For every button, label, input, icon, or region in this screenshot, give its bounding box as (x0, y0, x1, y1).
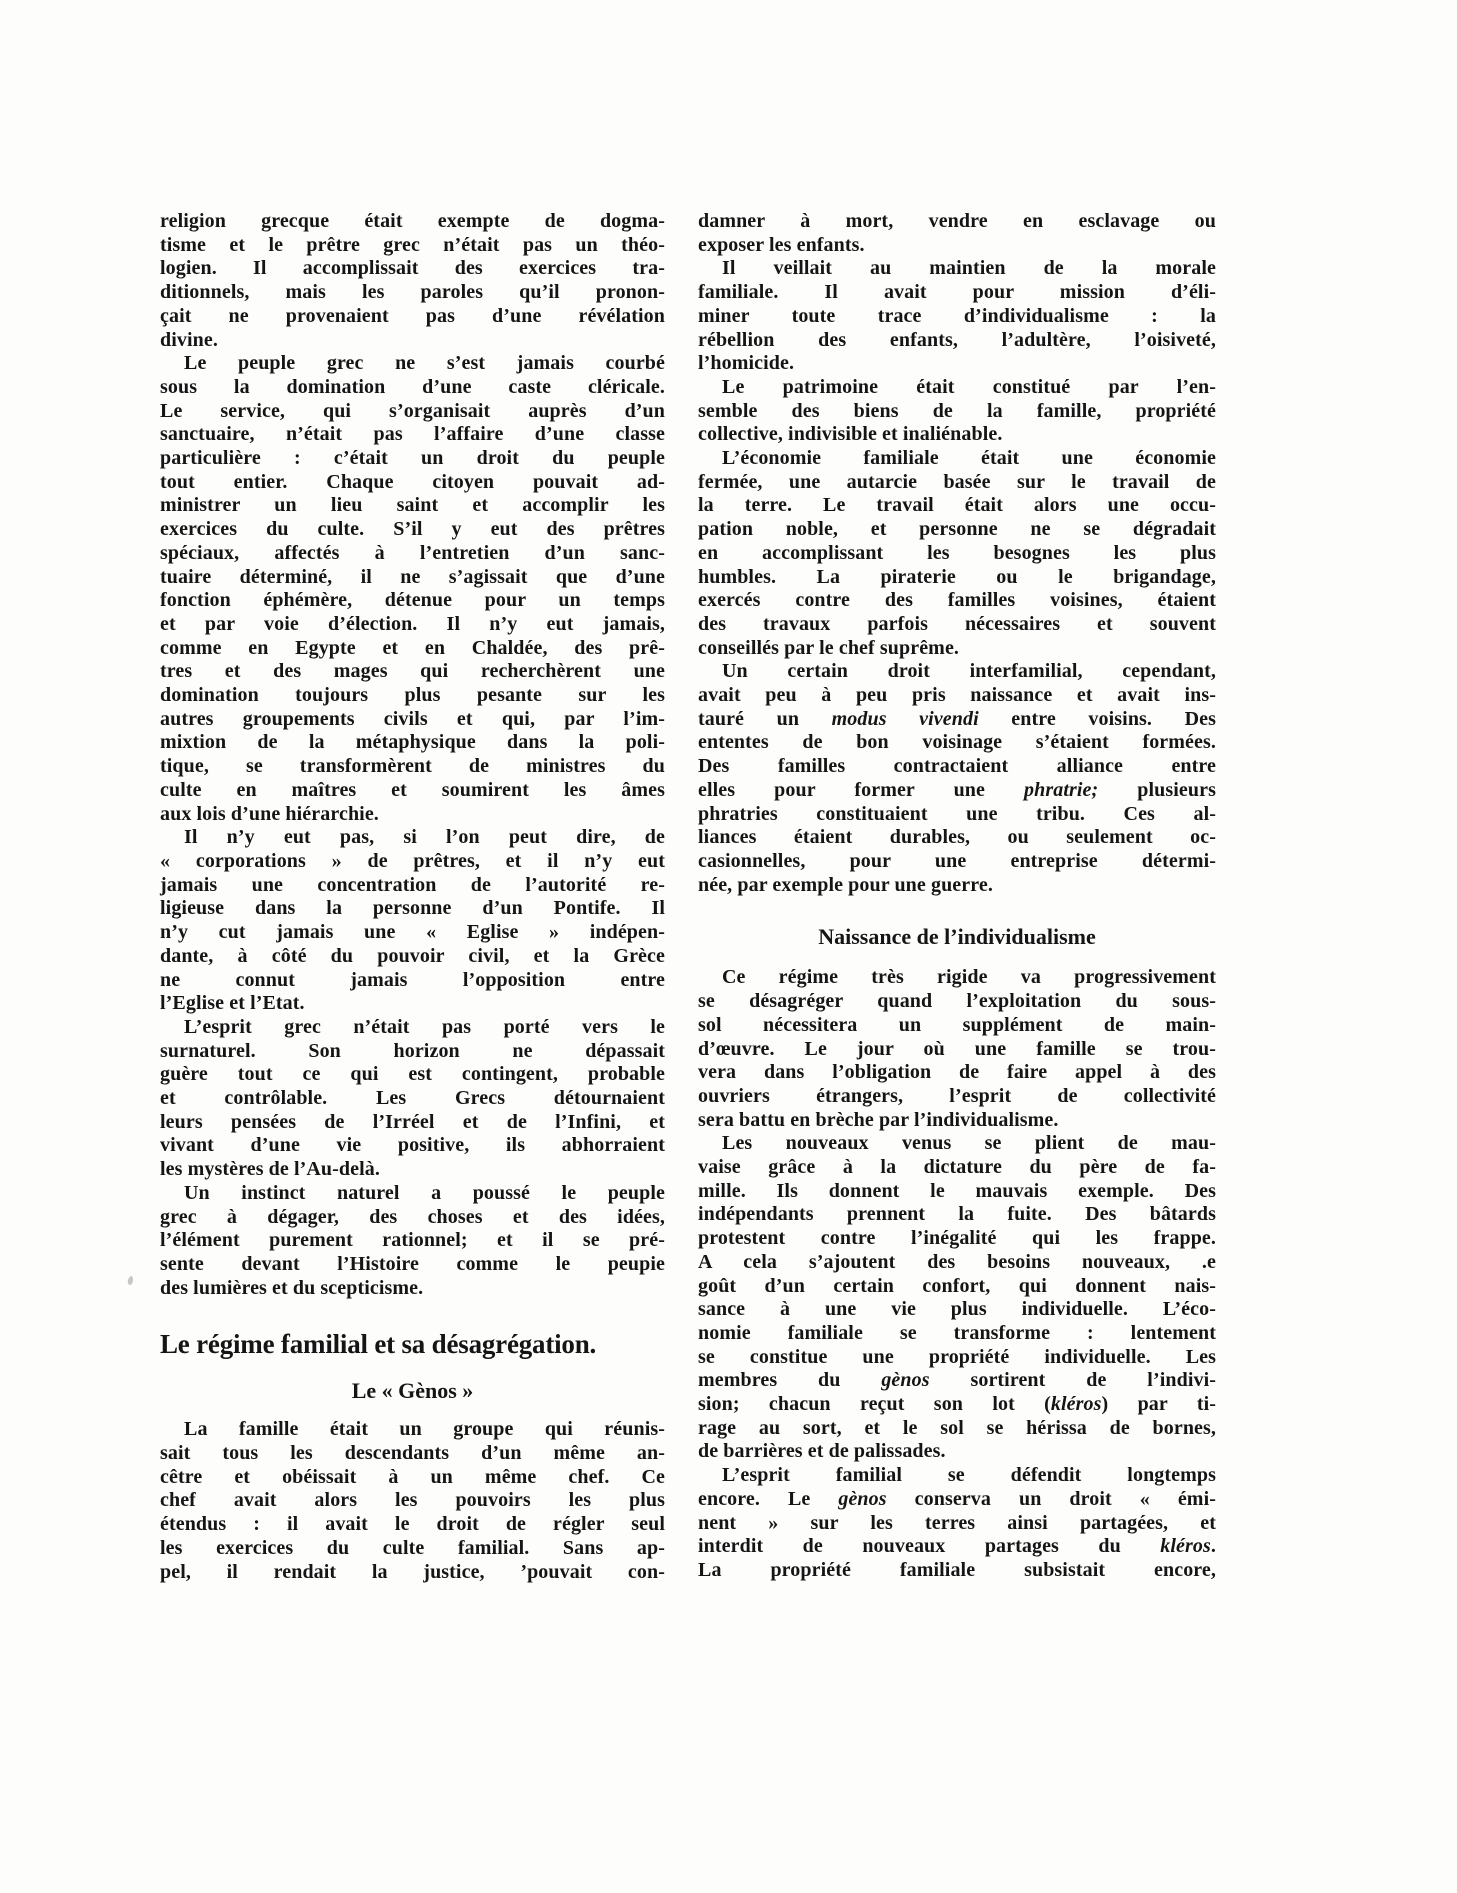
paragraph: Un instinct naturel a poussé le peuplegr… (160, 1182, 665, 1301)
text-line: tres et des mages qui recherchèrent une (160, 660, 665, 684)
text-line: çait ne provenaient pas d’une révélation (160, 305, 665, 329)
text-line: mixtion de la métaphysique dans la poli- (160, 731, 665, 755)
text-line: L’esprit grec n’était pas porté vers le (160, 1016, 665, 1040)
text-line: chef avait alors les pouvoirs les plus (160, 1489, 665, 1513)
text-line: et contrôlable. Les Grecs détournaient (160, 1087, 665, 1111)
text-line: pel, il rendait la justice, ’pouvait con… (160, 1561, 665, 1585)
text-line: tique, se transformèrent de ministres du (160, 755, 665, 779)
paragraph: Il veillait au maintien de la moralefami… (698, 257, 1216, 376)
text-line: Le service, qui s’organisait auprès d’un (160, 400, 665, 424)
text-line: phratries constituaient une tribu. Ces a… (698, 803, 1216, 827)
text-line: divine. (160, 329, 665, 353)
text-line: L’économie familiale était une économie (698, 447, 1216, 471)
right-column: damner à mort, vendre en esclavage ouexp… (698, 210, 1216, 1583)
paragraph: Il n’y eut pas, si l’on peut dire, de« c… (160, 826, 665, 1016)
text-line: née, par exemple pour une guerre. (698, 874, 1216, 898)
text-line: ditionnels, mais les paroles qu’il prono… (160, 281, 665, 305)
paragraph: Ce régime très rigide va progressivement… (698, 966, 1216, 1132)
text-line: vivant d’une vie positive, ils abhorraie… (160, 1134, 665, 1158)
text-line: Le peuple grec ne s’est jamais courbé (160, 352, 665, 376)
text-line: sous la domination d’une caste cléricale… (160, 376, 665, 400)
text-line: goût d’un certain confort, qui donnent n… (698, 1275, 1216, 1299)
text-line: membres du gènos sortirent de l’indivi- (698, 1369, 1216, 1393)
text-line: pation noble, et personne ne se dégradai… (698, 518, 1216, 542)
text-line: tisme et le prêtre grec n’était pas un t… (160, 234, 665, 258)
sub-heading: Le « Gènos » (160, 1376, 665, 1405)
text-line: conseillés par le chef suprême. (698, 637, 1216, 661)
text-line: elles pour former une phratrie; plusieur… (698, 779, 1216, 803)
text-line: interdit de nouveaux partages du kléros. (698, 1535, 1216, 1559)
text-line: Il n’y eut pas, si l’on peut dire, de (160, 826, 665, 850)
text-line: domination toujours plus pesante sur les (160, 684, 665, 708)
text-line: grec à dégager, des choses et des idées, (160, 1206, 665, 1230)
text-line: mille. Ils donnent le mauvais exemple. D… (698, 1180, 1216, 1204)
text-line: l’Eglise et l’Etat. (160, 992, 665, 1016)
text-line: nent » sur les terres ainsi partagées, e… (698, 1512, 1216, 1536)
text-line: étendus : il avait le droit de régler se… (160, 1513, 665, 1537)
text-line: exercices du culte. S’il y eut des prêtr… (160, 518, 665, 542)
text-line: en accomplissant les besognes les plus (698, 542, 1216, 566)
text-line: casionnelles, pour une entreprise déterm… (698, 850, 1216, 874)
text-line: Il veillait au maintien de la morale (698, 257, 1216, 281)
text-line: indépendants prennent la fuite. Des bâta… (698, 1203, 1216, 1227)
text-line: sait tous les descendants d’un même an- (160, 1442, 665, 1466)
text-line: familiale. Il avait pour mission d’éli- (698, 281, 1216, 305)
text-line: exercés contre des familles voisines, ét… (698, 589, 1216, 613)
text-line: d’œuvre. Le jour où une famille se trou- (698, 1038, 1216, 1062)
text-line: L’esprit familial se défendit longtemps (698, 1464, 1216, 1488)
text-line: nomie familiale se transforme : lentemen… (698, 1322, 1216, 1346)
text-line: autres groupements civils et qui, par l’… (160, 708, 665, 732)
text-line: ligieuse dans la personne d’un Pontife. … (160, 897, 665, 921)
text-line: des lumières et du scepticisme. (160, 1277, 665, 1301)
text-line: exposer les enfants. (698, 234, 1216, 258)
text-line: fermée, une autarcie basée sur le travai… (698, 471, 1216, 495)
text-line: de barrières et de palissades. (698, 1440, 1216, 1464)
paragraph: Les nouveaux venus se plient de mau-vais… (698, 1132, 1216, 1464)
text-line: collective, indivisible et inaliénable. (698, 423, 1216, 447)
text-line: spéciaux, affectés à l’entretien d’un sa… (160, 542, 665, 566)
text-line: se désagréger quand l’exploitation du so… (698, 990, 1216, 1014)
text-line: Les nouveaux venus se plient de mau- (698, 1132, 1216, 1156)
text-line: Un instinct naturel a poussé le peuple (160, 1182, 665, 1206)
text-line: leurs pensées de l’Irréel et de l’Infini… (160, 1111, 665, 1135)
text-line: La famille était un groupe qui réunis- (160, 1418, 665, 1442)
text-line: particulière : c’était un droit du peupl… (160, 447, 665, 471)
text-line: les exercices du culte familial. Sans ap… (160, 1537, 665, 1561)
text-line: miner toute trace d’individualisme : la (698, 305, 1216, 329)
text-line: les mystères de l’Au-delà. (160, 1158, 665, 1182)
text-line: tauré un modus vivendi entre voisins. De… (698, 708, 1216, 732)
text-line: « corporations » de prêtres, et il n’y e… (160, 850, 665, 874)
text-line: damner à mort, vendre en esclavage ou (698, 210, 1216, 234)
text-line: tout entier. Chaque citoyen pouvait ad- (160, 471, 665, 495)
text-line: protestent contre l’inégalité qui les fr… (698, 1227, 1216, 1251)
text-line: Un certain droit interfamilial, cependan… (698, 660, 1216, 684)
text-line: logien. Il accomplissait des exercices t… (160, 257, 665, 281)
text-line: sera battu en brèche par l’individualism… (698, 1109, 1216, 1133)
text-line: aux lois d’une hiérarchie. (160, 803, 665, 827)
text-line: l’élément purement rationnel; et il se p… (160, 1229, 665, 1253)
text-line: des travaux parfois nécessaires et souve… (698, 613, 1216, 637)
section-heading: Le régime familial et sa désagrégation. (160, 1327, 665, 1361)
text-line: ministrer un lieu saint et accomplir les (160, 494, 665, 518)
page: religion grecque était exempte de dogma-… (0, 0, 1457, 1893)
text-line: semble des biens de la famille, propriét… (698, 400, 1216, 424)
text-line: n’y cut jamais une « Eglise » indépen- (160, 921, 665, 945)
text-line: avait peu à peu pris naissance et avait … (698, 684, 1216, 708)
text-line: l’homicide. (698, 352, 1216, 376)
paragraph: religion grecque était exempte de dogma-… (160, 210, 665, 352)
text-line: Le patrimoine était constitué par l’en- (698, 376, 1216, 400)
text-line: sanctuaire, n’était pas l’affaire d’une … (160, 423, 665, 447)
text-line: surnaturel. Son horizon ne dépassait (160, 1040, 665, 1064)
paragraph: damner à mort, vendre en esclavage ouexp… (698, 210, 1216, 257)
text-line: encore. Le gènos conserva un droit « émi… (698, 1488, 1216, 1512)
text-line: sion; chacun reçut son lot (kléros) par … (698, 1393, 1216, 1417)
paragraph: L’économie familiale était une économief… (698, 447, 1216, 660)
text-line: guère tout ce qui est contingent, probab… (160, 1063, 665, 1087)
text-line: et par voie d’élection. Il n’y eut jamai… (160, 613, 665, 637)
text-line: vaise grâce à la dictature du père de fa… (698, 1156, 1216, 1180)
text-line: tuaire déterminé, il ne s’agissait que d… (160, 566, 665, 590)
paragraph: L’esprit familial se défendit longtempse… (698, 1464, 1216, 1583)
text-line: religion grecque était exempte de dogma- (160, 210, 665, 234)
sub-heading: Naissance de l’individualisme (698, 922, 1216, 951)
text-line: sente devant l’Histoire comme le peupie (160, 1253, 665, 1277)
text-line: se constitue une propriété individuelle.… (698, 1346, 1216, 1370)
text-line: Ce régime très rigide va progressivement (698, 966, 1216, 990)
text-line: Des familles contractaient alliance entr… (698, 755, 1216, 779)
paragraph: Le patrimoine était constitué par l’en-s… (698, 376, 1216, 447)
text-line: jamais une concentration de l’autorité r… (160, 874, 665, 898)
text-line: fonction éphémère, détenue pour un temps (160, 589, 665, 613)
scan-speck (127, 1276, 134, 1286)
paragraph: L’esprit grec n’était pas porté vers les… (160, 1016, 665, 1182)
text-line: vera dans l’obligation de faire appel à … (698, 1061, 1216, 1085)
text-line: ne connut jamais l’opposition entre (160, 969, 665, 993)
text-line: rébellion des enfants, l’adultère, l’ois… (698, 329, 1216, 353)
text-line: A cela s’ajoutent des besoins nouveaux, … (698, 1251, 1216, 1275)
text-line: rage au sort, et le sol se hérissa de bo… (698, 1417, 1216, 1441)
text-line: La propriété familiale subsistait encore… (698, 1559, 1216, 1583)
text-line: humbles. La piraterie ou le brigandage, (698, 566, 1216, 590)
text-line: la terre. Le travail était alors une occ… (698, 494, 1216, 518)
text-line: sol nécessitera un supplément de main- (698, 1014, 1216, 1038)
left-column: religion grecque était exempte de dogma-… (160, 210, 665, 1584)
text-line: liances étaient durables, ou seulement o… (698, 826, 1216, 850)
text-line: ententes de bon voisinage s’étaient form… (698, 731, 1216, 755)
text-line: sance à une vie plus individuelle. L’éco… (698, 1298, 1216, 1322)
paragraph: Un certain droit interfamilial, cependan… (698, 660, 1216, 897)
paragraph: Le peuple grec ne s’est jamais courbésou… (160, 352, 665, 826)
text-line: dante, à côté du pouvoir civil, et la Gr… (160, 945, 665, 969)
text-line: culte en maîtres et soumirent les âmes (160, 779, 665, 803)
paragraph: La famille était un groupe qui réunis-sa… (160, 1418, 665, 1584)
text-line: ouvriers étrangers, l’esprit de collecti… (698, 1085, 1216, 1109)
text-line: comme en Egypte et en Chaldée, des prê- (160, 637, 665, 661)
text-line: cêtre et obéissait à un même chef. Ce (160, 1466, 665, 1490)
